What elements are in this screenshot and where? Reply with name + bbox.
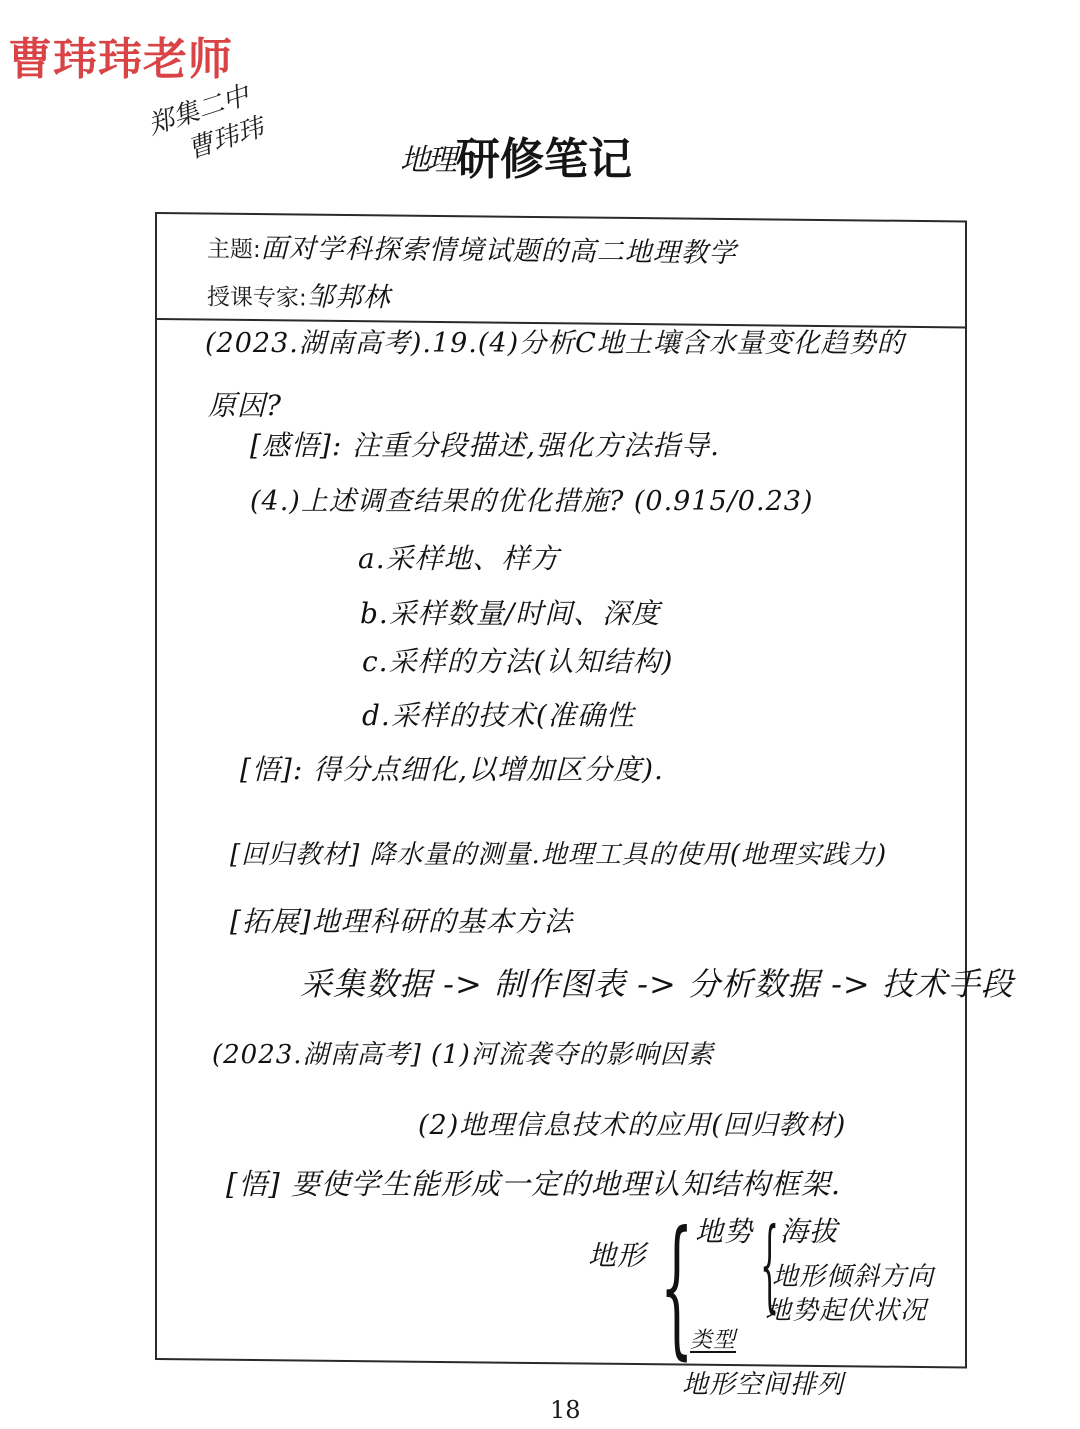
watermark-author: 曹玮玮老师 [8, 38, 233, 82]
tree-branch-spatial-arrangement: 地形空间排列 [682, 1372, 844, 1398]
header-divider [157, 318, 965, 328]
page-title: 地理研修笔记 [400, 138, 632, 182]
tree-leaf-slope-direction: 地形倾斜方向 [772, 1264, 934, 1290]
page-title-handwritten-prefix: 地理 [400, 143, 454, 178]
note-item-a: a.采样地、样方 [358, 545, 560, 573]
tree-branch-type: 类型 [690, 1330, 736, 1352]
tree-brace-root: { [660, 1212, 693, 1362]
topic-row: 主题:面对学科探索情境试题的高二地理教学 [207, 235, 737, 268]
expert-value: 邹邦林 [307, 282, 391, 314]
note-extension: [拓展]地理科研的基本方法 [230, 908, 573, 936]
note-question-4: (4.)上述调查结果的优化措施? (0.915/0.23) [250, 488, 813, 515]
note-item-c: c.采样的方法(认知结构) [362, 648, 673, 676]
note-question-2023-a: (2023.湖南高考).19.(4)分析C地土壤含水量变化趋势的 [205, 330, 905, 357]
topic-label: 主题: [207, 237, 261, 264]
note-insight-3: [悟] 要使学生能形成一定的地理认知结构框架. [226, 1170, 841, 1199]
note-insight-2: [悟]: 得分点细化,以增加区分度). [240, 756, 664, 784]
tree-root-landform: 地形 [588, 1242, 646, 1270]
note-question-2023-b: (2023.湖南高考] (1)河流袭夺的影响因素 [212, 1042, 714, 1068]
expert-label: 授课专家: [207, 285, 307, 312]
note-item-d: d.采样的技术(准确性 [362, 702, 635, 730]
page-number: 18 [550, 1396, 581, 1424]
tree-branch-terrain: 地势 [695, 1218, 753, 1246]
tree-leaf-elevation: 海拔 [780, 1218, 838, 1246]
note-flow: 采集数据 -> 制作图表 -> 分析数据 -> 技术手段 [300, 968, 1014, 1000]
handwritten-signature: 郑集二中 曹玮玮 [140, 66, 317, 217]
topic-value: 面对学科探索情境试题的高二地理教学 [261, 233, 737, 269]
tree-leaf-relief: 地势起伏状况 [765, 1298, 927, 1324]
note-item-b: b.采样数量/时间、深度 [360, 600, 660, 628]
expert-row: 授课专家:邹邦林 [207, 283, 391, 312]
page-title-printed: 研修笔记 [456, 134, 632, 185]
note-question-2023-a-continued: 原因? [208, 392, 282, 420]
note-insight-1: [感悟]: 注重分段描述,强化方法指导. [250, 432, 720, 460]
note-back-to-textbook: [回归教材] 降水量的测量.地理工具的使用(地理实践力) [230, 842, 887, 868]
note-question-2023-b-2: (2)地理信息技术的应用(回归教材) [418, 1112, 846, 1139]
